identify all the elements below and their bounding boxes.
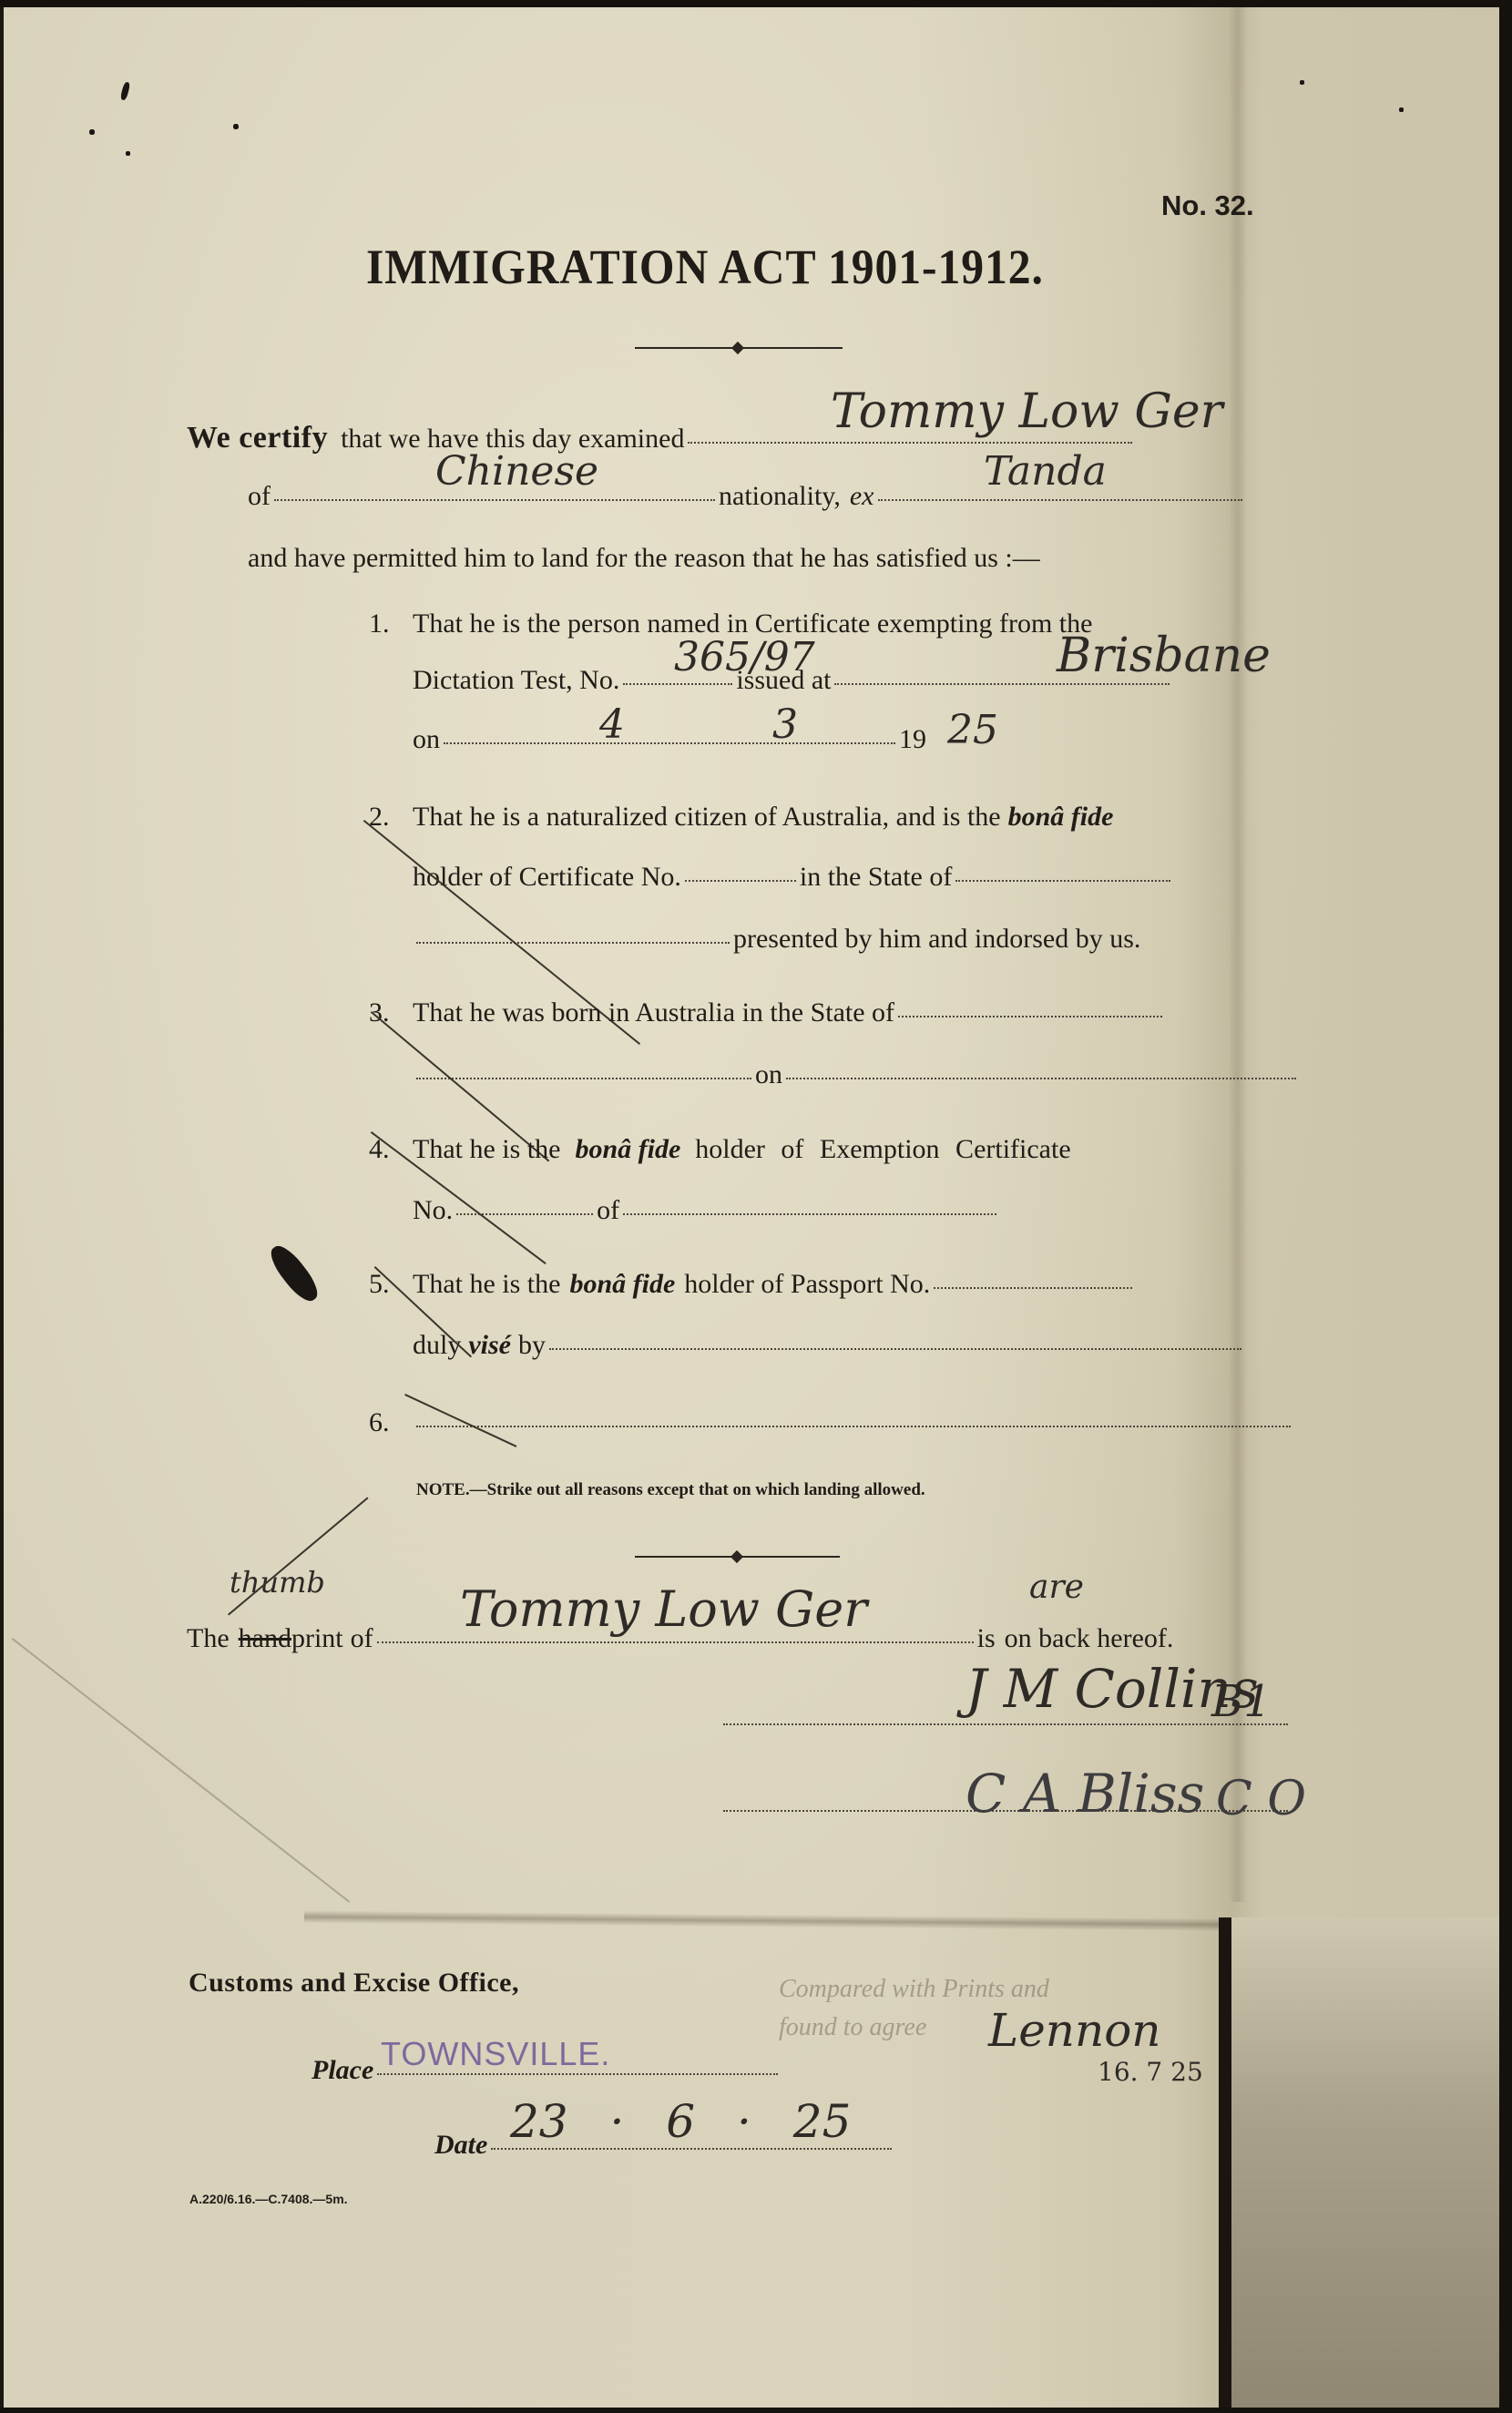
handprint-name-handwriting: Tommy Low Ger	[460, 1580, 867, 1638]
ink-speck	[126, 151, 130, 156]
issue-day-handwriting: 4	[599, 701, 625, 748]
note-text: —Strike out all reasons except that on w…	[470, 1480, 925, 1499]
officer-signature-line-1	[720, 1726, 1292, 1729]
reason-3-on-label: on	[755, 1059, 782, 1090]
scan-border-right	[1499, 0, 1512, 2413]
handprint-print: print	[291, 1623, 343, 1654]
certificate-number-field	[623, 682, 732, 685]
examined-name-handwriting: Tommy Low Ger	[831, 384, 1223, 439]
nationality-field	[274, 498, 715, 501]
ink-speck	[233, 124, 239, 129]
reason-3-date-field	[786, 1077, 1296, 1079]
reason-4-number: 4.	[369, 1134, 413, 1165]
reason-1-line-3: on 19	[413, 724, 926, 755]
permitted-line: and have permitted him to land for the r…	[248, 543, 1040, 574]
verifier-signature: Lennon	[988, 2004, 1161, 2057]
inserted-thumb-handwriting: thumb	[230, 1565, 325, 1600]
ex-label: ex	[850, 481, 874, 512]
reason-2-cert-label: holder of Certificate No.	[413, 862, 681, 893]
form-number: No. 32.	[1161, 189, 1254, 222]
document-title: IMMIGRATION ACT 1901-1912.	[366, 239, 1044, 295]
reason-3-state-field	[898, 1015, 1162, 1017]
reason-3-place-field	[416, 1077, 751, 1079]
officer-signature-field-1	[723, 1723, 1288, 1725]
year-prefix: 19	[899, 724, 926, 755]
bona-fide-italic: bonâ fide	[569, 1269, 675, 1300]
reason-2-cert-field	[685, 879, 796, 882]
vise-italic: visé	[468, 1330, 511, 1361]
dictation-test-label: Dictation Test, No.	[413, 665, 619, 696]
of-label: of	[248, 481, 271, 512]
inserted-are-handwriting: are	[1029, 1569, 1084, 1606]
reason-2-text: That he is a naturalized citizen of Aust…	[413, 802, 1001, 833]
ink-speck	[1399, 107, 1404, 112]
reason-3-line-2: on	[413, 1059, 1300, 1090]
on-label: on	[413, 724, 440, 755]
note: NOTE.—Strike out all reasons except that…	[416, 1480, 925, 1500]
date-handwriting: 23 · 6 · 25	[510, 2095, 851, 2148]
officer-signature-2: C A Bliss	[965, 1763, 1204, 1825]
issue-year-handwriting: 25	[947, 707, 998, 753]
print-code: A.220/6.16.—C.7408.—5m.	[189, 2192, 348, 2206]
certificate-number-handwriting: 365/97	[674, 634, 815, 680]
nationality-handwriting: Chinese	[435, 448, 598, 495]
ink-speck	[1300, 80, 1304, 85]
handprint-the: The	[187, 1623, 230, 1654]
scan-border-bottom	[0, 2408, 1512, 2413]
ship-handwriting: Tanda	[984, 448, 1107, 495]
reason-4-of-label: of	[597, 1195, 619, 1226]
faint-stamp-line-2: found to agree	[779, 2013, 926, 2042]
reason-5-line-2: duly visé by	[413, 1330, 1245, 1361]
handprint-of: of	[351, 1623, 373, 1654]
reason-5-duly: duly	[413, 1330, 461, 1361]
vertical-fold-crease	[1229, 7, 1247, 1902]
reason-5-text-a: That he is the	[413, 1269, 560, 1300]
verifier-date: 16. 7 25	[1098, 2057, 1203, 2087]
bona-fide-italic: bonâ fide	[575, 1134, 680, 1165]
reason-2-line-1: 2. That he is a naturalized citizen of A…	[369, 802, 1113, 833]
note-label: NOTE.	[416, 1480, 470, 1499]
officer-signature-1-suffix: B1	[1211, 1676, 1272, 1727]
reason-2-presented-text: presented by him and indorsed by us.	[733, 924, 1140, 955]
reason-4-no-label: No.	[413, 1195, 453, 1226]
reason-2-state-label: in the State of	[800, 862, 952, 893]
reason-5-by: by	[518, 1330, 546, 1361]
faint-stamp-line-1: Compared with Prints and	[779, 1975, 1049, 2004]
reason-6-line: 6.	[369, 1407, 1294, 1438]
bona-fide-italic: bonâ fide	[1008, 802, 1114, 833]
place-stamp: TOWNSVILLE.	[381, 2035, 610, 2073]
folded-corner-panel	[1219, 1917, 1512, 2413]
reason-4-line-2: No. of	[413, 1195, 1000, 1226]
issue-month-handwriting: 3	[772, 701, 798, 748]
reason-2-state-field	[955, 879, 1170, 882]
reason-2-line-2: holder of Certificate No. in the State o…	[413, 862, 1174, 893]
handprint-struck-hand: hand	[239, 1623, 291, 1654]
reason-5-line-1: 5. That he is the bonâ fide holder of Pa…	[369, 1269, 1136, 1300]
reason-3-line-1: 3. That he was born in Australia in the …	[369, 997, 1166, 1028]
reason-3-number: 3.	[369, 997, 413, 1028]
certify-lead: We certify	[187, 421, 328, 455]
ship-field	[878, 498, 1242, 501]
reason-4-text-b: holder of Exemption Certificate	[695, 1134, 1070, 1165]
issue-date-field	[444, 741, 895, 744]
place-label: Place	[312, 2055, 373, 2086]
reason-1-number: 1.	[369, 608, 413, 639]
diagonal-fold-crease	[12, 1638, 351, 1903]
reason-4-line-1: 4. That he is the bonâ fide holder of Ex…	[369, 1134, 1071, 1165]
vise-by-field	[549, 1347, 1241, 1350]
office-heading: Customs and Excise Office,	[189, 1968, 519, 1999]
scan-border-top	[0, 0, 1512, 7]
date-label: Date	[434, 2130, 487, 2161]
reason-4-of-field	[623, 1212, 996, 1215]
examined-name-field	[688, 441, 1132, 444]
passport-number-field	[934, 1286, 1132, 1289]
handprint-is: is	[977, 1623, 996, 1654]
reason-6-number: 6.	[369, 1407, 413, 1438]
issued-at-handwriting: Brisbane	[1057, 629, 1271, 683]
reason-4-text-a: That he is the	[413, 1134, 560, 1165]
reason-3-text: That he was born in Australia in the Sta…	[413, 997, 894, 1028]
ink-speck	[89, 129, 95, 135]
nationality-label: nationality,	[719, 481, 841, 512]
handprint-name-field	[377, 1641, 974, 1643]
officer-signature-2-suffix: C O	[1216, 1772, 1306, 1826]
handprint-tail: on back hereof.	[1005, 1623, 1174, 1654]
reason-6-field	[416, 1425, 1291, 1427]
reason-2-presented-field	[416, 941, 730, 944]
reason-5-text-b: holder of Passport No.	[684, 1269, 930, 1300]
